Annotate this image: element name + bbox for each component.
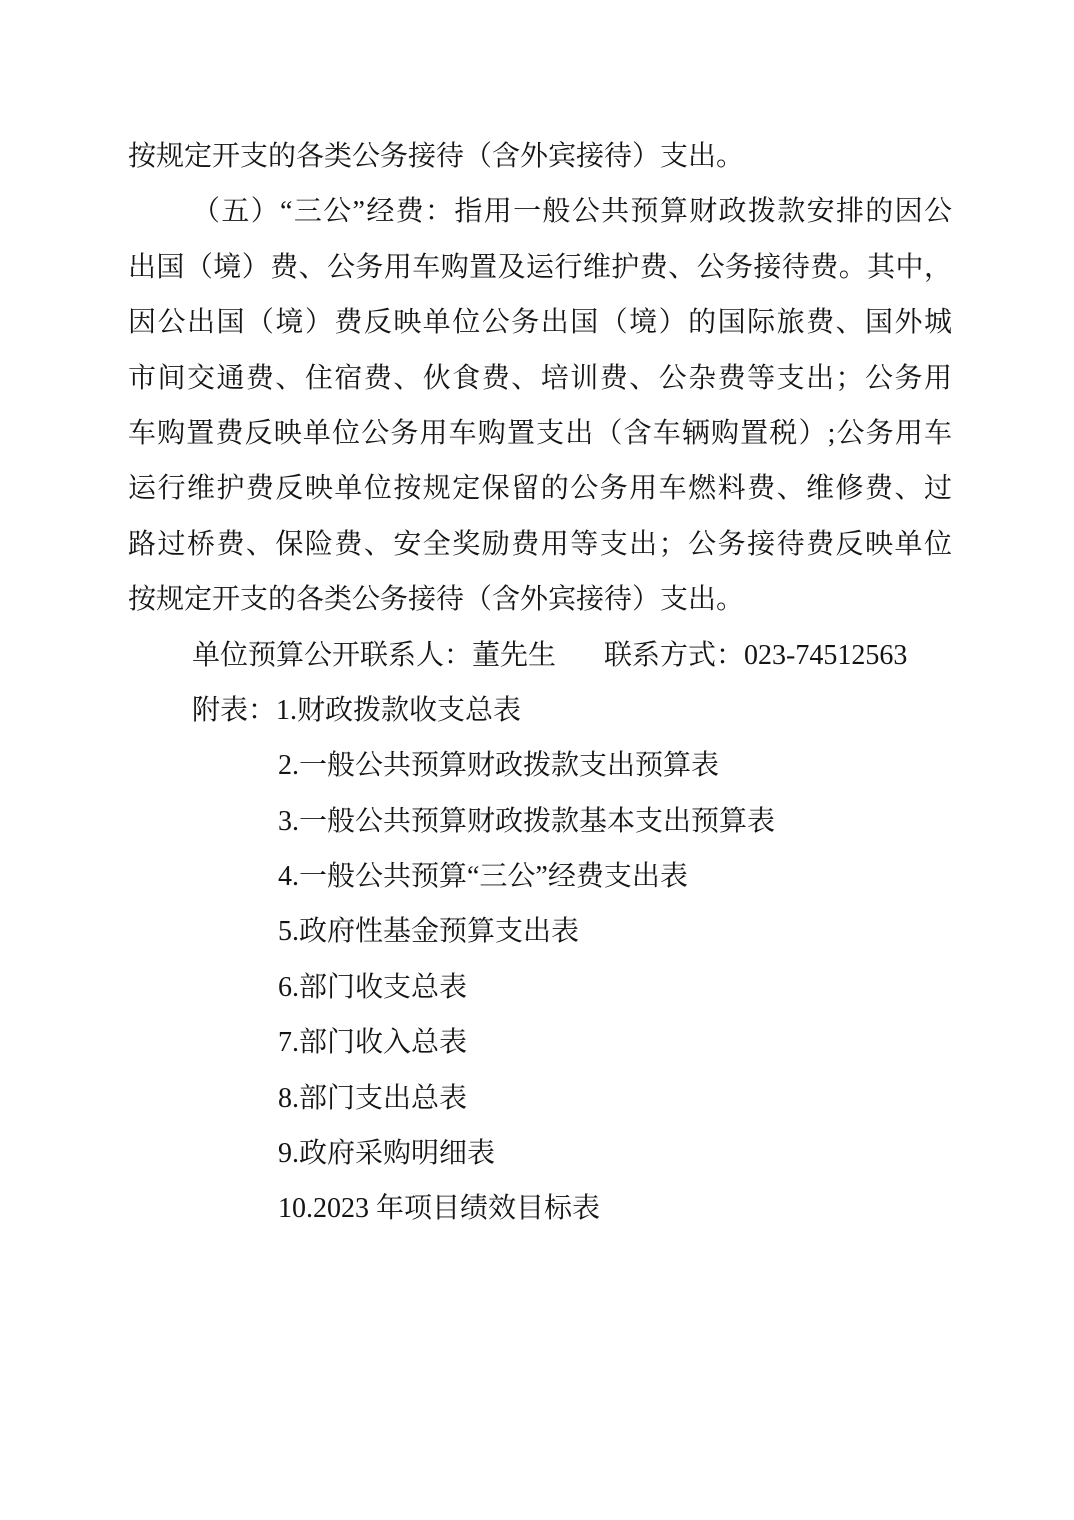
body-line: 运行维护费反映单位按规定保留的公务用车燃料费、维修费、过 xyxy=(128,461,952,516)
body-line: 路过桥费、保险费、安全奖励费用等支出；公务接待费反映单位 xyxy=(128,517,952,572)
body-line: （五）“三公”经费：指用一般公共预算财政拨款安排的因公 xyxy=(128,184,952,239)
body-line: 按规定开支的各类公务接待（含外宾接待）支出。 xyxy=(128,572,952,627)
body-line: 出国（境）费、公务用车购置及运行维护费、公务接待费。其中， xyxy=(128,240,952,295)
contact-name: 董先生 xyxy=(472,640,556,671)
attachment-item: 7.部门收入总表 xyxy=(128,1015,952,1070)
body-line: 因公出国（境）费反映单位公务出国（境）的国际旅费、国外城 xyxy=(128,295,952,350)
attachments-heading-line: 附表：1.财政拨款收支总表 xyxy=(128,683,952,738)
body-line: 按规定开支的各类公务接待（含外宾接待）支出。 xyxy=(128,129,952,184)
contact-label: 单位预算公开联系人： xyxy=(192,640,472,671)
document-body: 按规定开支的各类公务接待（含外宾接待）支出。 （五）“三公”经费：指用一般公共预… xyxy=(128,129,952,1237)
attachment-item: 10.2023 年项目绩效目标表 xyxy=(128,1181,952,1236)
attachments-label: 附表： xyxy=(192,695,276,726)
body-line: 车购置费反映单位公务用车购置支出（含车辆购置税）;公务用车 xyxy=(128,406,952,461)
attachment-item: 3.一般公共预算财政拨款基本支出预算表 xyxy=(128,794,952,849)
attachment-item: 8.部门支出总表 xyxy=(128,1071,952,1126)
attachment-item: 1.财政拨款收支总表 xyxy=(276,695,521,726)
contact-phone: 023-74512563 xyxy=(744,640,907,671)
body-line: 市间交通费、住宿费、伙食费、培训费、公杂费等支出；公务用 xyxy=(128,351,952,406)
attachment-item: 4.一般公共预算“三公”经费支出表 xyxy=(128,849,952,904)
attachment-item: 6.部门收支总表 xyxy=(128,960,952,1015)
contact-method-label: 联系方式： xyxy=(604,640,744,671)
contact-line: 单位预算公开联系人：董先生联系方式：023-74512563 xyxy=(128,628,952,683)
attachment-item: 2.一般公共预算财政拨款支出预算表 xyxy=(128,738,952,793)
attachment-item: 5.政府性基金预算支出表 xyxy=(128,904,952,959)
attachment-item: 9.政府采购明细表 xyxy=(128,1126,952,1181)
